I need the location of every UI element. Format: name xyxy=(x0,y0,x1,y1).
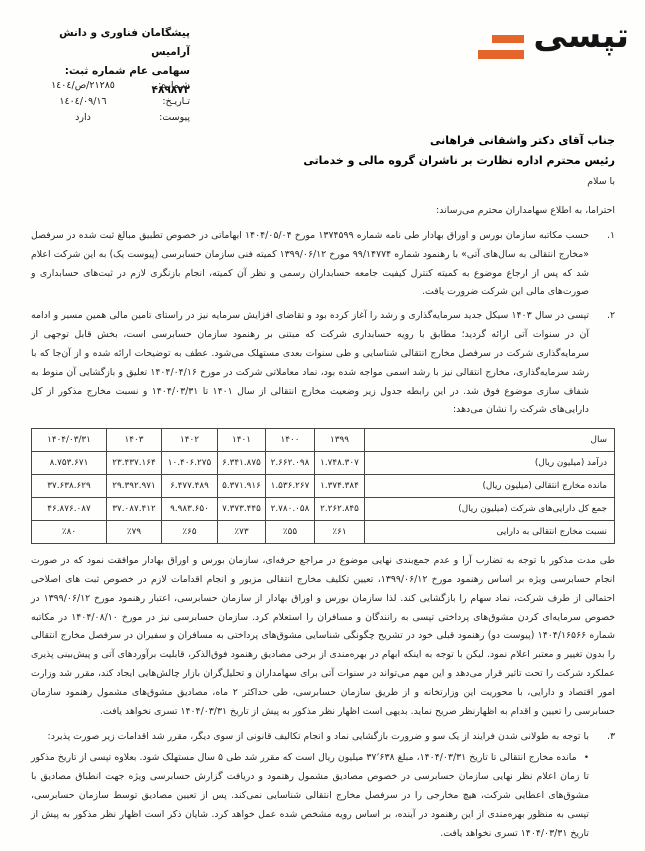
table-cell: ۱.۵۳۶.۲۶۷ xyxy=(266,475,315,498)
item-2-number: ۲. xyxy=(589,307,615,420)
tapsi-logo: تپسی xyxy=(478,18,629,59)
letter-meta: شـماره: ٢١٢٨٥/ص/١٤٠٤ تـاریـخ: ١٤٠٤/٠٩/١٦… xyxy=(28,80,190,128)
table-cell: ۳۷.۰۸۷.۴۱۲ xyxy=(107,498,162,521)
recipient-name: جناب آقای دکتر واشقانی فراهانی xyxy=(31,134,615,147)
table-cell: ٪۷۹ xyxy=(107,521,162,544)
table-row-label: جمع کل دارایی‌های شرکت (میلیون ریال) xyxy=(365,498,615,521)
table-header-1399: ۱۳۹۹ xyxy=(315,429,365,452)
bullet-text: مانده مخارج انتقالی تا تاریخ ۱۴۰۴/۰۳/۳۱،… xyxy=(31,752,589,838)
table-cell: ۸.۷۵۳.۶۷۱ xyxy=(32,452,107,475)
item-1-text: حسب مکاتبه سازمان بورس و اوراق بهادار طی… xyxy=(31,227,589,302)
table-row-expense-ratio: نسبت مخارج انتقالی به دارایی ٪۶۱ ٪۵۵ ٪۷۳… xyxy=(32,521,615,544)
item-1-number: ۱. xyxy=(589,227,615,302)
letter-number-value: ٢١٢٨٥/ص/١٤٠٤ xyxy=(28,80,138,91)
attachment-row: پیوست: دارد xyxy=(28,112,190,123)
table-row-label: مانده مخارج انتقالی (میلیون ریال) xyxy=(365,475,615,498)
list-item-1: ۱. حسب مکاتبه سازمان بورس و اوراق بهادار… xyxy=(31,227,615,302)
table-row-label: نسبت مخارج انتقالی به دارایی xyxy=(365,521,615,544)
table-row-label: درآمد (میلیون ریال) xyxy=(365,452,615,475)
company-name: پیشگامان فناوری و دانش آرامیس xyxy=(30,24,190,62)
table-cell: ٪۶۵ xyxy=(162,521,218,544)
registration-label: سهامی عام شماره ثبت: xyxy=(65,65,190,77)
table-cell: ۴۶.۸۷۶.۰۸۷ xyxy=(32,498,107,521)
table-header-1403: ۱۴۰۳ xyxy=(107,429,162,452)
letter-document: تپسی پیشگامان فناوری و دانش آرامیس سهامی… xyxy=(0,0,645,851)
table-cell: ۵.۳۷۱.۹۱۶ xyxy=(218,475,266,498)
attachment-label: پیوست: xyxy=(138,112,190,123)
salutation: با سلام xyxy=(31,176,615,187)
bullet-indent xyxy=(589,749,615,843)
tapsi-logo-bars-icon xyxy=(478,35,524,59)
table-row-deferred-expenses: مانده مخارج انتقالی (میلیون ریال) ۱.۳۷۴.… xyxy=(32,475,615,498)
letter-date-row: تـاریـخ: ١٤٠٤/٠٩/١٦ xyxy=(28,96,190,107)
table-cell: ٪۵۵ xyxy=(266,521,315,544)
table-cell: ٪۶۱ xyxy=(315,521,365,544)
item-3-text: با توجه به طولانی شدن فرایند از یک سو و … xyxy=(31,728,589,747)
letter-body: جناب آقای دکتر واشقانی فراهانی رئیس محتر… xyxy=(31,134,615,843)
table-row-total-assets: جمع کل دارایی‌های شرکت (میلیون ریال) ۲.۲… xyxy=(32,498,615,521)
logo-bar-top xyxy=(492,35,524,43)
table-cell: ۶.۳۴۱.۸۷۵ xyxy=(218,452,266,475)
tapsi-wordmark: تپسی xyxy=(533,18,629,55)
bullet-marker-icon: • xyxy=(584,753,589,763)
table-cell: ٪۷۳ xyxy=(218,521,266,544)
letter-date-label: تـاریـخ: xyxy=(138,96,190,107)
intro-line: احتراما، به اطلاع سهامداران محترم می‌رسا… xyxy=(31,205,615,216)
table-cell: ۳۷.۶۳۸.۶۲۹ xyxy=(32,475,107,498)
bullet-item: • مانده مخارج انتقالی تا تاریخ ۱۴۰۴/۰۳/۳… xyxy=(31,749,615,843)
table-cell: ٪۸۰ xyxy=(32,521,107,544)
table-header-1400: ۱۴۰۰ xyxy=(266,429,315,452)
list-item-2: ۲. تپسی در سال ۱۴۰۳ سیکل جدید سرمایه‌گذا… xyxy=(31,307,615,420)
table-cell: ۶.۴۷۷.۴۸۹ xyxy=(162,475,218,498)
letter-number-label: شـماره: xyxy=(138,80,190,91)
table-cell: ۲.۷۸۰.۰۵۸ xyxy=(266,498,315,521)
table-header-1402: ۱۴۰۲ xyxy=(162,429,218,452)
table-cell: ۱.۳۷۴.۳۸۴ xyxy=(315,475,365,498)
recipient-title: رئیس محترم اداره نظارت بر ناشران گروه ما… xyxy=(31,154,615,167)
table-cell: ۷.۳۷۳.۴۴۵ xyxy=(218,498,266,521)
table-cell: ۲۹.۳۹۲.۹۷۱ xyxy=(107,475,162,498)
item-3-number: ۳. xyxy=(589,728,615,747)
table-row-revenue: درآمد (میلیون ریال) ۱.۷۴۸.۳۰۷ ۲.۶۶۲.۰۹۸ … xyxy=(32,452,615,475)
after-table-paragraph: طی مدت مذکور با توجه به تضارب آرا و عدم … xyxy=(31,552,615,721)
table-cell: ۲.۲۶۲.۸۴۵ xyxy=(315,498,365,521)
item-2-text: تپسی در سال ۱۴۰۳ سیکل جدید سرمایه‌گذاری … xyxy=(31,307,589,420)
table-header-1401: ۱۴۰۱ xyxy=(218,429,266,452)
letter-date-value: ١٤٠٤/٠٩/١٦ xyxy=(28,96,138,107)
table-header-year-label: سال xyxy=(365,429,615,452)
table-cell: ۱۰.۴۰۶.۲۷۵ xyxy=(162,452,218,475)
financial-table: سال ۱۳۹۹ ۱۴۰۰ ۱۴۰۱ ۱۴۰۲ ۱۴۰۳ ۱۴۰۴/۰۳/۳۱ … xyxy=(31,428,615,544)
table-cell: ۲.۶۶۲.۰۹۸ xyxy=(266,452,315,475)
table-cell: ۹.۹۸۳.۶۵۰ xyxy=(162,498,218,521)
list-item-3: ۳. با توجه به طولانی شدن فرایند از یک سو… xyxy=(31,728,615,747)
letter-number-row: شـماره: ٢١٢٨٥/ص/١٤٠٤ xyxy=(28,80,190,91)
logo-bar-bottom xyxy=(478,50,524,59)
bullet-body: • مانده مخارج انتقالی تا تاریخ ۱۴۰۴/۰۳/۳… xyxy=(31,749,589,843)
table-header-row: سال ۱۳۹۹ ۱۴۰۰ ۱۴۰۱ ۱۴۰۲ ۱۴۰۳ ۱۴۰۴/۰۳/۳۱ xyxy=(32,429,615,452)
table-cell: ۲۳.۴۳۷.۱۶۴ xyxy=(107,452,162,475)
table-header-1404-03-31: ۱۴۰۴/۰۳/۳۱ xyxy=(32,429,107,452)
attachment-value: دارد xyxy=(28,112,138,123)
table-cell: ۱.۷۴۸.۳۰۷ xyxy=(315,452,365,475)
